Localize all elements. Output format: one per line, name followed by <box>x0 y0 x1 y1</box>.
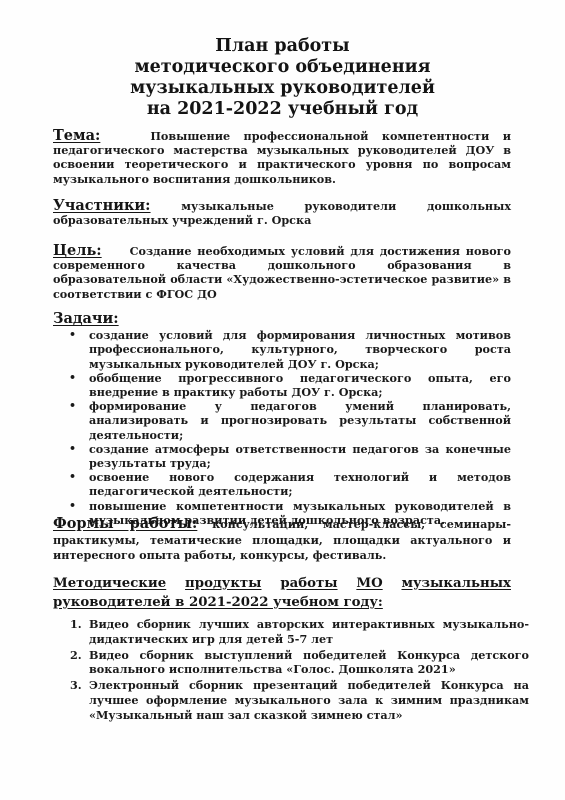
title-line: План работы <box>0 36 565 57</box>
tasks-section: Задачи: создание условий для формировани… <box>53 312 511 527</box>
document-page: План работы методического объединения му… <box>0 0 565 800</box>
work-forms-section: Формы работы: консультации, мастер-класс… <box>53 516 511 564</box>
products-heading-line2: руководителей в 2021-2022 учебном году: <box>53 593 511 612</box>
product-text: Видео сборник выступлений победителей Ко… <box>89 648 529 677</box>
title-line: методического объединения <box>0 57 565 78</box>
task-item: формирование у педагогов умений планиров… <box>89 399 511 442</box>
products-list: 1. Видео сборник лучших авторских интера… <box>71 617 529 724</box>
title-line: на 2021-2022 учебный год <box>0 99 565 120</box>
participants-section: Участники: музыкальные руководители дошк… <box>53 199 511 227</box>
products-heading: Методические продукты работы МО музыкаль… <box>53 574 511 612</box>
task-item: создание атмосферы ответственности педаг… <box>89 442 511 470</box>
theme-section: Тема:Повышение профессиональной компетен… <box>53 129 511 186</box>
participants-label: Участники: <box>53 197 151 214</box>
goal-label: Цель: <box>53 242 102 259</box>
product-number: 1. <box>70 617 82 632</box>
product-text: Видео сборник лучших авторских интеракти… <box>89 617 529 646</box>
tasks-list: создание условий для формирования личнос… <box>53 328 511 527</box>
product-number: 2. <box>70 648 82 663</box>
task-item: создание условий для формирования личнос… <box>89 328 511 371</box>
work-forms-label: Формы работы: <box>53 515 197 532</box>
document-title: План работы методического объединения му… <box>0 36 565 120</box>
theme-label: Тема: <box>53 127 100 144</box>
product-item: 1. Видео сборник лучших авторских интера… <box>89 617 529 647</box>
title-line: музыкальных руководителей <box>0 78 565 99</box>
product-item: 2. Видео сборник выступлений победителей… <box>89 648 529 678</box>
task-item: обобщение прогрессивного педагогического… <box>89 371 511 399</box>
theme-text: Повышение профессиональной компетентност… <box>53 129 511 186</box>
tasks-label: Задачи: <box>53 312 119 326</box>
product-number: 3. <box>70 678 82 693</box>
task-item: освоение нового содержания технологий и … <box>89 470 511 498</box>
product-item: 3. Электронный сборник презентаций побед… <box>89 678 529 722</box>
goal-text: Создание необходимых условий для достиже… <box>53 244 511 301</box>
products-heading-line1: Методические продукты работы МО музыкаль… <box>53 574 511 593</box>
goal-section: Цель:Создание необходимых условий для до… <box>53 244 511 301</box>
product-text: Электронный сборник презентаций победите… <box>89 678 529 722</box>
